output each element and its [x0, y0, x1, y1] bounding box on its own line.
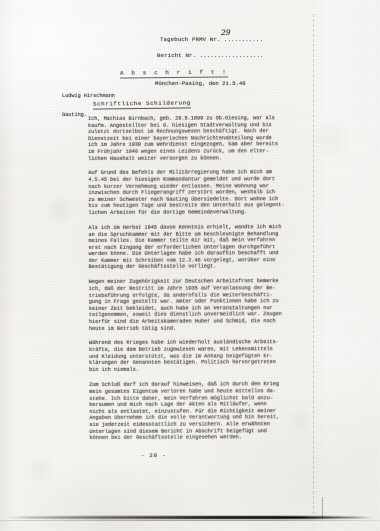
handwritten-diary-number: 29: [221, 28, 231, 37]
text-line: lichen Arbeiten für die dortige Gemeinde…: [88, 209, 300, 217]
sender-name: Ludwig Hirschmann: [62, 93, 115, 99]
fold-line: [313, 14, 314, 514]
text-line: können bei der Geschäftsstelle eingesehe…: [89, 434, 301, 442]
scan-edge-shadow: [4, 516, 376, 519]
document-title: Schriftliche Schilderung: [93, 99, 191, 109]
report-number-line: Bericht Nr. ..................: [157, 52, 264, 59]
paragraph: Auf Grund des Befehls der Militärregieru…: [88, 170, 300, 217]
abschrift-heading: A b s c h r i f t !: [120, 68, 228, 78]
paragraph: Zum Schluß darf ich darauf hinweisen, da…: [89, 381, 301, 441]
text-line: heute im Betrieb tätig sind.: [89, 325, 301, 333]
text-line: bin ich niemals.: [89, 366, 301, 374]
document-body: Ich, Mathias Birnbach, geb. 28.5.1899 zu…: [88, 115, 301, 450]
paragraph: Als ich im Herbst 1945 davon Kenntnis er…: [88, 224, 300, 271]
paragraph: Wegen meiner Zugehörigkeit zur Deutschen…: [89, 278, 301, 332]
text-line: lichen Haushalt weiter versorgen zu könn…: [88, 155, 300, 163]
scanned-document-page: Tagebuch PRMV Nr. ........... 29 Bericht…: [0, 0, 380, 531]
place-date-line: München-Pasing, den 21.5.46: [155, 80, 246, 87]
scan-edge-shadow-thin: [0, 520, 380, 521]
paragraph: Ich, Mathias Birnbach, geb. 28.5.1899 zu…: [88, 115, 300, 162]
diary-number-line: Tagebuch PRMV Nr. ...........: [160, 36, 263, 43]
page-number-marker: - 28 -: [141, 453, 166, 459]
text-line: Bestätigung der Geschäftsstelle vorliegt…: [89, 264, 301, 272]
paragraph: Während des Krieges habe ich wiederholt …: [89, 339, 301, 373]
